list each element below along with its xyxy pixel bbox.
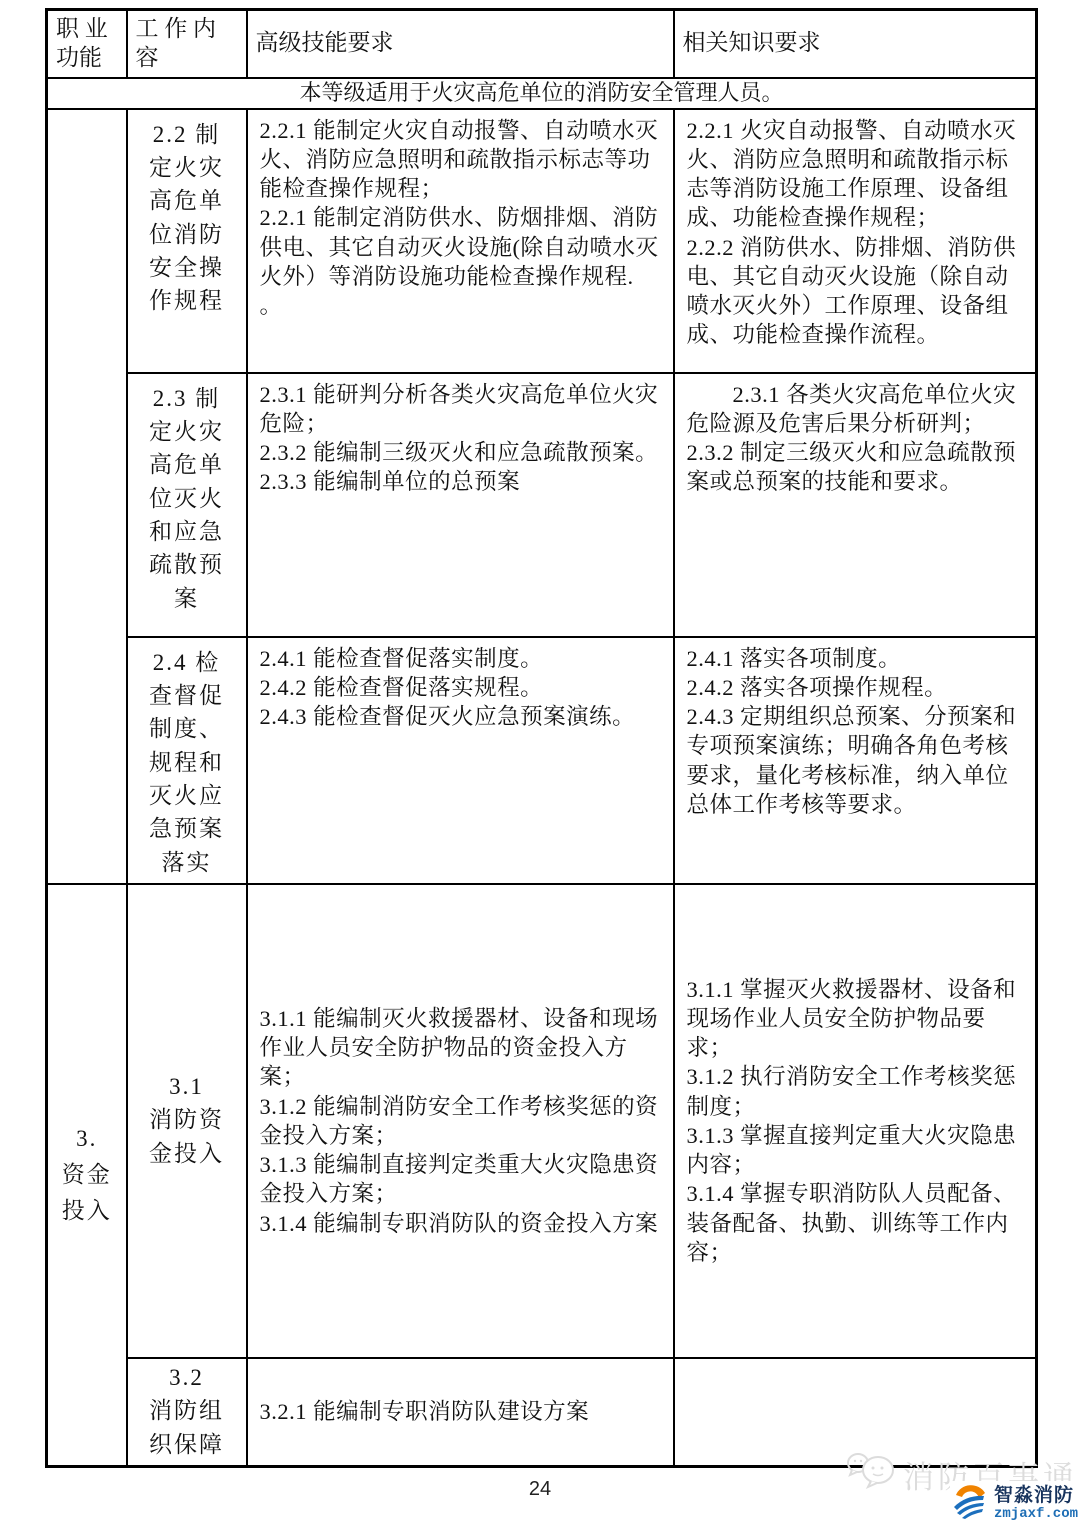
requirement-item: 2.4.3 能检查督促灭火应急预案演练。: [260, 702, 663, 731]
cell-skills-2-4: 2.4.1 能检查督促落实制度。2.4.2 能检查督促落实规程。2.4.3 能检…: [247, 637, 674, 884]
requirement-item: 2.4.1 能检查督促落实制度。: [260, 644, 663, 673]
cell-knowledge-3-1: 3.1.1 掌握灭火救援器材、设备和现场作业人员安全防护物品要求；3.1.2 执…: [674, 884, 1037, 1358]
cell-skills-3-2: 3.2.1 能编制专职消防队建设方案: [247, 1358, 674, 1467]
cell-knowledge-2-2: 2.2.1 火灾自动报警、自动喷水灭火、消防应急照明和疏散指示标志等消防设施工作…: [674, 109, 1037, 373]
skill-requirements-table: 职 业 功能 工 作 内 容 高级技能要求 相关知识要求 本等级适用于火灾高危单…: [45, 8, 1038, 1468]
requirement-item: 3.2.1 能编制专职消防队建设方案: [260, 1397, 663, 1426]
requirement-item: 2.4.3 定期组织总预案、分预案和专项预案演练；明确各角色考核要求，量化考核标…: [687, 702, 1026, 819]
table-row: 3. 资金 投入 3.1 消防资 金投入 3.1.1 能编制灭火救援器材、设备和…: [47, 884, 1037, 1358]
header-work-content: 工 作 内 容: [127, 10, 247, 78]
header-related-knowledge-requirements: 相关知识要求: [674, 10, 1037, 78]
requirement-item: 2.4.2 落实各项操作规程。: [687, 673, 1026, 702]
scope-note-row: 本等级适用于火灾高危单位的消防安全管理人员。: [47, 78, 1037, 109]
cell-function-section2-empty: [47, 109, 127, 884]
requirement-item: 2.2.1 能制定火灾自动报警、自动喷水灭火、消防应急照明和疏散指示标志等功能检…: [260, 116, 663, 204]
requirement-item: 2.2.1 能制定消防供水、防烟排烟、消防供电、其它自动灭火设施(除自动喷水灭火…: [260, 203, 663, 320]
requirement-item: 2.4.1 落实各项制度。: [687, 644, 1026, 673]
scope-note: 本等级适用于火灾高危单位的消防安全管理人员。: [47, 78, 1037, 109]
requirement-item: 3.1.2 能编制消防安全工作考核奖惩的资金投入方案；: [260, 1092, 663, 1151]
requirement-item: 2.2.1 火灾自动报警、自动喷水灭火、消防应急照明和疏散指示标志等消防设施工作…: [687, 116, 1026, 233]
requirement-item: 3.1.3 掌握直接判定重大火灾隐患内容；: [687, 1121, 1026, 1180]
cell-skills-2-3: 2.3.1 能研判分析各类火灾高危单位火灾危险；2.3.2 能编制三级灭火和应急…: [247, 373, 674, 637]
requirement-item: 2.4.2 能检查督促落实规程。: [260, 673, 663, 702]
requirement-item: 3.1.1 能编制灭火救援器材、设备和现场作业人员安全防护物品的资金投入方案；: [260, 1004, 663, 1092]
header-occupational-function: 职 业 功能: [47, 10, 127, 78]
requirement-item: 3.1.4 能编制专职消防队的资金投入方案: [260, 1209, 663, 1238]
requirement-item: 2.3.1 各类火灾高危单位火灾危险源及危害后果分析研判；: [687, 380, 1026, 439]
requirement-item: 2.3.2 能编制三级灭火和应急疏散预案。: [260, 438, 663, 467]
cell-work-2-2: 2.2 制 定火灾 高危单 位消防 安全操 作规程: [127, 109, 247, 373]
document-page: 职 业 功能 工 作 内 容 高级技能要求 相关知识要求 本等级适用于火灾高危单…: [0, 0, 1080, 1525]
cell-skills-3-1: 3.1.1 能编制灭火救援器材、设备和现场作业人员安全防护物品的资金投入方案；3…: [247, 884, 674, 1358]
requirement-item: 2.3.1 能研判分析各类火灾高危单位火灾危险；: [260, 380, 663, 439]
header-row: 职 业 功能 工 作 内 容 高级技能要求 相关知识要求: [47, 10, 1037, 78]
requirement-item: 3.1.3 能编制直接判定类重大火灾隐患资金投入方案；: [260, 1150, 663, 1209]
requirement-item: 3.1.1 掌握灭火救援器材、设备和现场作业人员安全防护物品要求；: [687, 975, 1026, 1063]
requirement-item: 2.2.2 消防供水、防排烟、消防供电、其它自动灭火设施（除自动喷水灭火外）工作…: [687, 233, 1026, 350]
cell-knowledge-2-4: 2.4.1 落实各项制度。2.4.2 落实各项操作规程。2.4.3 定期组织总预…: [674, 637, 1037, 884]
brand-logo-block: 智淼消防 zmjaxf.com: [950, 1481, 1078, 1525]
requirement-item: 2.3.3 能编制单位的总预案: [260, 467, 663, 496]
table-row: 2.4 检 查督促 制度、 规程和 灭火应 急预案 落实 2.4.1 能检查督促…: [47, 637, 1037, 884]
requirement-item: 3.1.2 执行消防安全工作考核奖惩制度；: [687, 1062, 1026, 1121]
cell-function-section3: 3. 资金 投入: [47, 884, 127, 1467]
requirement-item: 2.3.2 制定三级灭火和应急疏散预案或总预案的技能和要求。: [687, 438, 1026, 497]
cell-work-3-1: 3.1 消防资 金投入: [127, 884, 247, 1358]
zhimiao-logo-icon: [950, 1481, 990, 1525]
table-row: 2.3 制 定火灾 高危单 位灭火 和应急 疏散预 案 2.3.1 能研判分析各…: [47, 373, 1037, 637]
brand-name: 智淼消防: [994, 1486, 1078, 1505]
cell-knowledge-2-3: 2.3.1 各类火灾高危单位火灾危险源及危害后果分析研判；2.3.2 制定三级灭…: [674, 373, 1037, 637]
header-advanced-skill-requirements: 高级技能要求: [247, 10, 674, 78]
cell-skills-2-2: 2.2.1 能制定火灾自动报警、自动喷水灭火、消防应急照明和疏散指示标志等功能检…: [247, 109, 674, 373]
cell-work-3-2: 3.2 消防组 织保障: [127, 1358, 247, 1467]
brand-domain: zmjaxf.com: [994, 1507, 1078, 1521]
chat-bubbles-icon: [845, 1448, 897, 1500]
table-row: 2.2 制 定火灾 高危单 位消防 安全操 作规程 2.2.1 能制定火灾自动报…: [47, 109, 1037, 373]
cell-work-2-4: 2.4 检 查督促 制度、 规程和 灭火应 急预案 落实: [127, 637, 247, 884]
cell-work-2-3: 2.3 制 定火灾 高危单 位灭火 和应急 疏散预 案: [127, 373, 247, 637]
requirement-item: 3.1.4 掌握专职消防队人员配备、装备配备、执勤、训练等工作内容；: [687, 1179, 1026, 1267]
